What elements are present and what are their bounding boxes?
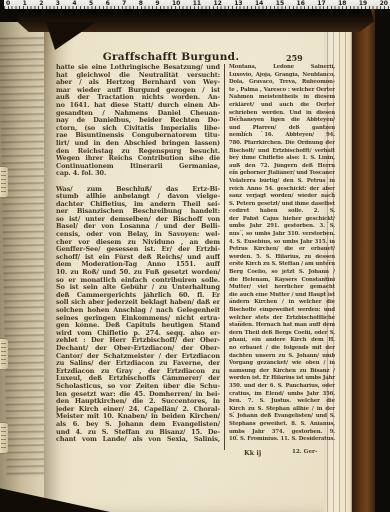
text-line: so er monatlich einfach contribuiren sol… [56,277,220,285]
text-line: und Pfarren/ deß gantzen Ertzbistumbs/ [229,125,335,133]
text-line: te , Palma , Varesco : welcher Oerter [229,87,335,95]
text-line: welcher stets der Ertzbischoffliche Hoff… [229,315,335,323]
text-line: dem Moderation-Tag Anno 1551. auff [56,261,220,269]
text-line: 350. und der 6. S. Pancharius, oder Pan- [229,383,335,391]
column-divider-rule [224,64,225,450]
running-header-title: Graffschafft Burgund. [103,51,240,63]
ruler-number: 16 [297,0,305,9]
text-line: stumb allhie anbelangt / davon vielge- [56,193,220,201]
text-line: ben. 7. S. Justus. welcher die gedachte … [229,398,335,406]
text-line: nay de Danielbus, beider Rechten Do- [56,117,220,125]
ruler-number: 15 [276,0,284,9]
text-line: Cantor/ der Schatzmeister / der Ertzdiac… [56,353,220,361]
text-line: jeder Kirch einer/ 24. Capellän/ 2. Chor… [56,406,220,414]
ruler-number: 20 [380,0,388,9]
text-line: worden. 5. S. Hilarius, zu dessen Zeit d… [229,254,335,262]
edge-tab [0,166,8,198]
text-line: Luxeul, deß Ertzbischoffs Cämmerer/ der [56,375,220,383]
text-line: seines geringen Einkommens/ nicht ertra- [56,315,220,323]
text-line: umbs Jahr 374. gestorben. 9. Sylvester I… [229,429,335,437]
text-line: aber / als Hertzog Bernhard von Wey- [56,79,220,87]
ruler-number: 6 [106,0,110,9]
text-line: so ist/ unter demselben/ der Bischoff vo… [56,216,220,224]
text-line: Was/ zum Beschluß/ das Ertz-Bi- [56,186,220,194]
text-line: cediret haben solle. 2. S. Maximinus, de… [229,208,335,216]
text-line: Basel/ der von Losanna / und der Belli- [56,223,220,231]
text-line: Berg Coelio, so jetzt S. Johann / durch [229,269,335,277]
text-line: gen könne. Deß Capituls heutigen Stand [56,322,220,330]
text-line: die Helenam, Käysers Constantini M. [229,277,335,285]
ruler-number: 19 [359,0,367,9]
right-text-column: Montana, Ledone Salnerii, Favernejo,Luxo… [229,64,335,444]
text-line: no erbauet / die folgends mit der jetzt … [229,345,335,353]
text-line: chant vom Lande/ als von Sexia, Salinis, [56,436,220,444]
text-line: die auch eine Mutter / und Haupt ist der [229,292,335,300]
text-line: dern Theil deß Bergs Coelii, oder S. Ste… [229,330,335,338]
text-line: Petrus Kirchen/ die er erbauet/ begraben [229,246,335,254]
text-line: no 1641. hat diese Statt/ durch einen Ab… [56,102,220,110]
text-line: Mutter/ viel herrlicher gemacht worden: [229,284,335,292]
text-line: dachten unsern zu S. Johann/ umb den [229,353,335,361]
ruler-number: 14 [255,0,263,9]
text-line: Volaterra bürtig/ den S. Petrus in Franc… [229,178,335,186]
text-line: cher vor diesem zu Nividuno , an dem [56,239,220,247]
ruler-number: 17 [317,0,325,9]
text-line [56,178,220,186]
text-line: erkläret/ und auch die Oerter selbsten b… [229,102,335,110]
text-line: Dechant/ der Ober-Ertzdiacon/ der Ober- [56,345,220,353]
text-line: andern Kirchen / in welcher die Ertz- [229,299,335,307]
text-line: Montana, Ledone Salnerii, Favernejo, [229,64,335,72]
text-line: hat gleichwol die Neutralität versucht: [56,72,220,80]
text-line: der Pabst Cajus hieher geschickt/ und de… [229,216,335,224]
ruler-number: 13 [234,0,242,9]
text-line: deß Cammergerichts jährlich 60. fl. Er [56,292,220,300]
text-line: mar wieder auff Burgund gezogen / ist [56,87,220,95]
text-line: rae Bisuntinensis Congubernatorem titu- [56,132,220,140]
text-line: dachter Chifletius, im andern Theil sei- [56,201,220,209]
text-line: len gesetzt war: die 45. Domherren/ in b… [56,391,220,399]
ruler-number: 0 [6,0,10,9]
text-line: 10. zu Roß/ und 50. zu Fuß gesetzt worde… [56,269,220,277]
ruler-number: 4 [72,0,76,9]
text-line: erste Kirch zu S. Steffan / am untern [229,261,335,269]
text-line: Ertzdiacon zu Gray , der Ertzdiacon zu [56,368,220,376]
text-line: censis, oder von Belay, in Savoyen: wel- [56,231,220,239]
text-line: auß der Tractation nichts worden. An- [56,94,220,102]
text-line: umbs Jahr 291. gestorben. 3. S. Pauli- [229,223,335,231]
ruler-number: 8 [139,0,143,9]
edge-tab [0,338,8,370]
ruler-number: 5 [89,0,93,9]
text-line: nus , so umbs Jahr 310. verstorben. [229,231,335,239]
text-line: ctorn, (so sich Civitatis Imperialis lib… [56,125,220,133]
text-line: cap. 4. fol. 30. [56,170,220,178]
left-text-column: hatte sie eine Lothringische Besatzung/ … [56,64,220,444]
text-line: Dechaneyen ligen die Abbteyen/ Prioreyen… [229,117,335,125]
text-line: den Hauptkirchen/ die 2. Succentores, in [56,398,220,406]
ruler-number: 10 [172,0,180,9]
text-line: So ist sein alte Gebühr / zu Unterhaltun… [56,284,220,292]
text-line: Dola, Gravaco, Treva, Rubeomon- [229,79,335,87]
measuring-ruler: 01234567891011121314151617181920 [4,0,390,9]
text-line: reich Anno 54. geschickt: der aber von B… [229,186,335,194]
text-line: lirt/ und in den Abschied bringen lassen… [56,140,220,148]
text-line: auß den 72. Jüngern deß Herrn Christi/ [229,163,335,171]
text-line: Nahmen meistentheils in diesem Tractat [229,94,335,102]
text-line: solchen hohen Anschlag / nach Gelegenhei… [56,307,220,315]
text-line: schoff/ ist ein Fürst deß Reichs/ und au… [56,254,220,262]
text-line: phani, ein andere Kirch dem H. Stepha- [229,337,335,345]
text-line: Stephans geweihet. 8. S. Anianus, der [229,421,335,429]
text-line: nemlich 16. Abbteyen/ 94. Prioreyen/ und [229,132,335,140]
text-line: 780. Pfarrkirchen. Die Ordnung der [229,140,335,148]
book-page: Graffschafft Burgund. 259 hatte sie eine… [44,22,324,512]
text-line: schrieben werden. Und in diesen Feldt- [229,110,335,118]
text-line: Luxovio, Ajoja, Grangia, Neublanco, [229,72,335,80]
text-line: Bischoff/ und Ertzbischofft/ verhält sic… [229,148,335,156]
text-line: bey ihme Chifletio also: 1. S. Linin, ei… [229,155,335,163]
text-line: Genffer-See/ gesessen ist. Er/ der Ertzb… [56,246,220,254]
ruler-number: 11 [193,0,201,9]
text-line: 4. S. Eusebius, so umbs Jahr 315. in S. [229,239,335,247]
text-line: zu Salins/ der Ertzdiacon zu Faverne, de… [56,360,220,368]
text-line: hatte sie eine Lothringische Besatzung/ … [56,64,220,72]
text-line: den Reichstag zu Regenspurg besucht. [56,148,220,156]
text-line: sanz verjagt worden/ wieder nach Rom zu [229,193,335,201]
text-line: Scholasticus, so vor Zeiten über die Sch… [56,383,220,391]
text-line: S. Johann deß Evangelisten/ und S. [229,413,335,421]
text-line: Vorgang gezäncket/ wie oben / in Be- [229,360,335,368]
ruler-number: 1 [23,0,27,9]
text-line: namsung der Kirchen zu Bisanz / gesagt [229,368,335,376]
text-line: gesandten / Nahmens Daniel Cheuan- [56,110,220,118]
edge-tab [0,422,8,454]
text-line: cratius, im Elend/ umbs Jahr 356. gestor… [229,391,335,399]
text-line: als 6. bey S. Johann dem Evangelisten/ [56,421,220,429]
ruler-number: 12 [213,0,221,9]
text-line: Wegen ihrer Reichs Contribution sihe die [56,155,220,163]
ruler-number: 3 [56,0,60,9]
text-line: Meister mit 10. Knaben/ in beiden Kirche… [56,413,220,421]
book-cover-right-edge [352,5,375,512]
text-line: soll sich aber jederzeit beklagt haben/ … [56,299,220,307]
text-line: Kirch zu S. Stephan allhie / in der Ehre [229,406,335,414]
ruler-number: 7 [122,0,126,9]
text-line: und 4. zu S. Steffan zu Bisanz/ 15. De- [56,429,220,437]
text-line: ner Bisanzischen Beschreibung handelt: [56,208,220,216]
ruler-number: 18 [338,0,346,9]
text-line: wird vom Chifletio p. 274. seqq. also er… [56,330,220,338]
text-line: worden ist. Er Hilarius ist umbs Jahr [229,375,335,383]
signature-mark: Kk ij [244,449,261,457]
book-scan-photo: 01234567891011121314151617181920 Graffsc… [0,0,390,512]
text-line: ein geborner Jtaliäner/ und Toscaner von [229,170,335,178]
text-line: S. Petern gesetzt/ und ihme daselbst suc… [229,201,335,209]
text-line: Bischoffe eingeweihet werden: und neben [229,307,335,315]
ruler-number: 2 [39,0,43,9]
text-line: zehlet : Der Herr Ertzbischoff/ der Ober… [56,337,220,345]
page-number: 259 [286,53,303,63]
text-line: standen. Hernach hat man auff dem an- [229,322,335,330]
ruler-number: 9 [155,0,159,9]
text-line: Continuationem Itinerarii Germaniae, [56,163,220,171]
text-line: 10. S. Frominius. 11. S. Desideratus. [229,436,335,444]
catchword: 12. Ger- [292,449,317,455]
